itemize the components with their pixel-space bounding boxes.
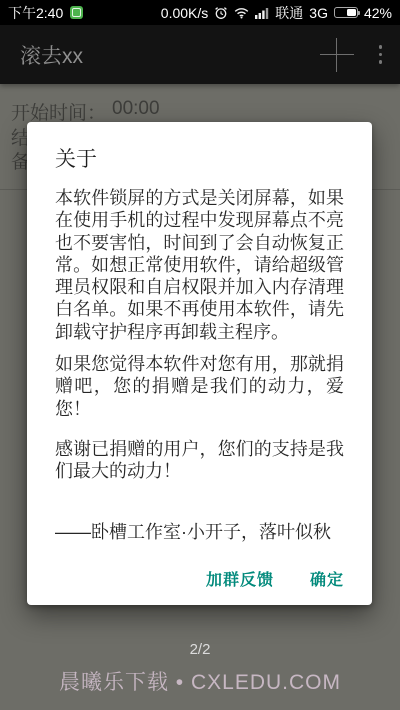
dialog-actions: 加群反馈 确定	[55, 567, 344, 590]
start-time-label: 开始时间：	[11, 98, 106, 125]
network-speed-text: 0.00K/s	[161, 5, 208, 21]
notification-app-icon	[70, 6, 83, 19]
signal-strength-icon	[255, 7, 269, 19]
battery-percent-text: 42%	[364, 5, 392, 21]
phone-screen: 下午2:40 0.00K/s 联通 3G	[0, 0, 400, 710]
clock-text: 下午2:40	[8, 3, 63, 23]
battery-icon	[334, 7, 358, 18]
dialog-paragraph: 感谢已捐赠的用户，您们的支持是我们最大的动力！	[55, 438, 344, 483]
dialog-paragraph: 如果您觉得本软件对您有用，那就捐赠吧，您的捐赠是我们的动力，爱您！	[55, 353, 344, 420]
dialog-body: 本软件锁屏的方式是关闭屏幕，如果在使用手机的过程中发现屏幕点不亮也不要害怕，时间…	[55, 187, 344, 483]
dialog-paragraph: 本软件锁屏的方式是关闭屏幕，如果在使用手机的过程中发现屏幕点不亮也不要害怕，时间…	[55, 187, 344, 343]
ok-button[interactable]: 确定	[310, 567, 344, 590]
add-icon[interactable]	[319, 37, 355, 73]
start-time-value: 00:00	[112, 98, 160, 125]
app-bar-actions	[319, 37, 389, 73]
wifi-icon	[234, 7, 249, 19]
about-dialog: 关于 本软件锁屏的方式是关闭屏幕，如果在使用手机的过程中发现屏幕点不亮也不要害怕…	[27, 122, 372, 605]
start-time-row: 开始时间： 00:00	[11, 98, 160, 125]
app-bar: 滚去xx	[0, 25, 400, 84]
app-title: 滚去xx	[20, 40, 83, 70]
carrier-text: 联通	[275, 3, 303, 23]
watermark-text: 晨曦乐下载 • CXLEDU.COM	[0, 666, 400, 696]
battery-fill	[347, 9, 356, 16]
overflow-menu-icon[interactable]	[373, 41, 389, 68]
status-bar-left: 下午2:40	[8, 3, 83, 23]
dialog-signature: ——卧槽工作室·小开子，落叶似秋	[55, 521, 344, 543]
join-group-feedback-button[interactable]: 加群反馈	[206, 567, 274, 590]
dialog-title: 关于	[55, 147, 344, 173]
page-indicator: 2/2	[0, 641, 400, 658]
alarm-icon	[214, 6, 228, 20]
status-bar-right: 0.00K/s 联通 3G 42%	[161, 3, 392, 23]
status-bar: 下午2:40 0.00K/s 联通 3G	[0, 0, 400, 25]
network-type-text: 3G	[309, 5, 328, 21]
